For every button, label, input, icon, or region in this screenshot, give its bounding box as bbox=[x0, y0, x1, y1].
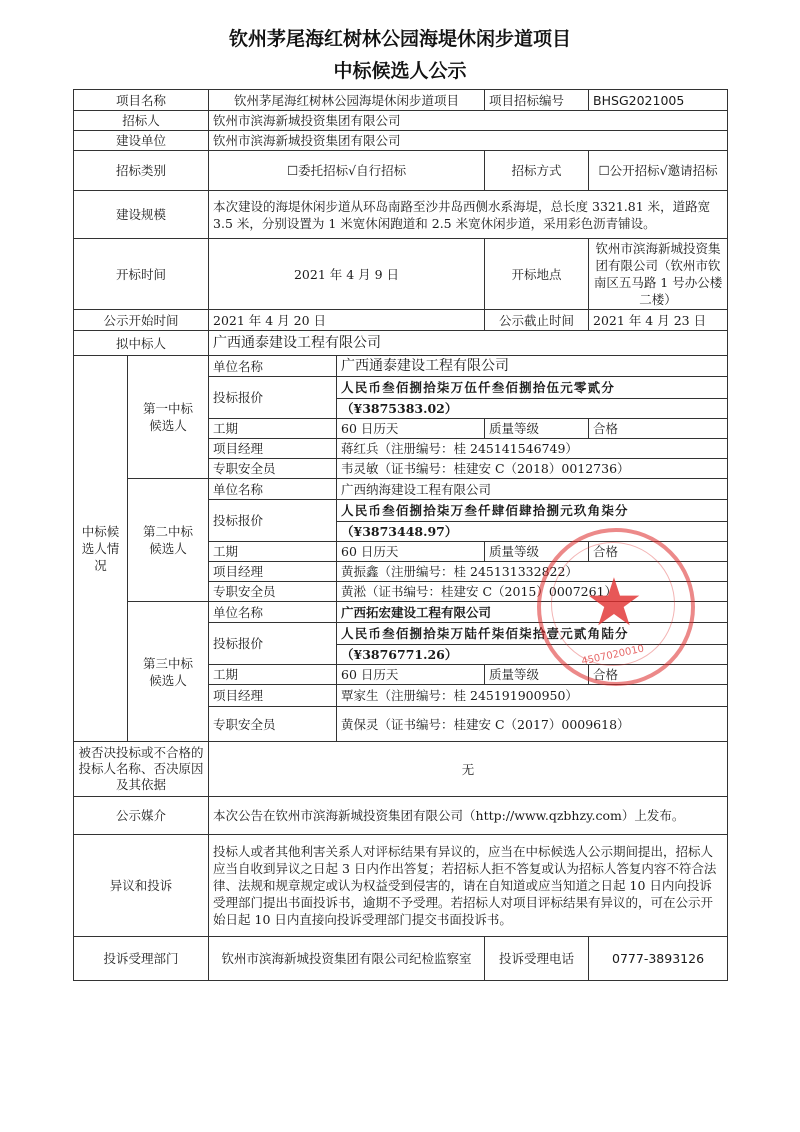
candidate-2-quality: 合格 bbox=[589, 542, 728, 562]
tenderer-value: 钦州市滨海新城投资集团有限公司 bbox=[209, 111, 728, 131]
category-label: 招标类别 bbox=[74, 151, 209, 191]
candidate-1-quality: 合格 bbox=[589, 419, 728, 439]
builder-label: 建设单位 bbox=[74, 131, 209, 151]
safety-label: 专职安全员 bbox=[209, 582, 337, 602]
candidate-3-unit-name: 广西拓宏建设工程有限公司 bbox=[337, 602, 728, 623]
project-name-label: 项目名称 bbox=[74, 90, 209, 111]
candidate-1-safety: 韦灵敏（证书编号：桂建安 C（2018）0012736） bbox=[337, 459, 728, 479]
duration-label: 工期 bbox=[209, 665, 337, 685]
objection-value: 投标人或者其他利害关系人对评标结果有异议的，应当在中标候选人公示期间提出，招标人… bbox=[209, 835, 728, 937]
duration-label: 工期 bbox=[209, 419, 337, 439]
manager-label: 项目经理 bbox=[209, 562, 337, 582]
proposed-winner-label: 拟中标人 bbox=[74, 331, 209, 356]
complaint-dept-value: 钦州市滨海新城投资集团有限公司纪检监察室 bbox=[209, 937, 485, 981]
candidate-3-unit-row: 第三中标候选人 单位名称 广西拓宏建设工程有限公司 bbox=[74, 602, 728, 623]
candidate-2-unit-name: 广西纳海建设工程有限公司 bbox=[337, 479, 728, 500]
method-label: 招标方式 bbox=[485, 151, 589, 191]
objection-label: 异议和投诉 bbox=[74, 835, 209, 937]
candidate-3-price-words: 人民币叁佰捌拾柒万陆仟柒佰柒拾壹元贰角陆分 bbox=[337, 623, 728, 645]
bid-price-label: 投标报价 bbox=[209, 377, 337, 419]
scale-value: 本次建设的海堤休闲步道从环岛南路至沙井岛西侧水系海堤，总长度 3321.81 米… bbox=[209, 191, 728, 239]
candidate-3-rank: 第三中标候选人 bbox=[128, 602, 209, 742]
row-rejected: 被否决投标或不合格的投标人名称、否决原因及其依据 无 bbox=[74, 742, 728, 797]
quality-label: 质量等级 bbox=[485, 542, 589, 562]
candidate-1-duration: 60 日历天 bbox=[337, 419, 485, 439]
candidate-2-unit-row: 第二中标候选人 单位名称 广西纳海建设工程有限公司 bbox=[74, 479, 728, 500]
duration-label: 工期 bbox=[209, 542, 337, 562]
announcement-table: 项目名称 钦州茅尾海红树林公园海堤休闲步道项目 项目招标编号 BHSG20210… bbox=[73, 89, 728, 981]
candidate-1-price-words: 人民币叁佰捌拾柒万伍仟叁佰捌拾伍元零贰分 bbox=[337, 377, 728, 399]
publicity-end-value: 2021 年 4 月 23 日 bbox=[589, 310, 728, 331]
candidates-section-label: 中标候选人情况 bbox=[74, 356, 128, 742]
safety-label: 专职安全员 bbox=[209, 459, 337, 479]
candidate-3-price-number: （¥3876771.26） bbox=[337, 645, 728, 665]
category-value: ☐委托招标√自行招标 bbox=[209, 151, 485, 191]
project-code-label: 项目招标编号 bbox=[485, 90, 589, 111]
tenderer-label: 招标人 bbox=[74, 111, 209, 131]
row-media: 公示媒介 本次公告在钦州市滨海新城投资集团有限公司（http://www.qzb… bbox=[74, 797, 728, 835]
complaint-phone-value: 0777-3893126 bbox=[589, 937, 728, 981]
publicity-end-label: 公示截止时间 bbox=[485, 310, 589, 331]
candidate-1-rank: 第一中标候选人 bbox=[128, 356, 209, 479]
row-objection: 异议和投诉 投标人或者其他利害关系人对评标结果有异议的，应当在中标候选人公示期间… bbox=[74, 835, 728, 937]
publicity-start-label: 公示开始时间 bbox=[74, 310, 209, 331]
quality-label: 质量等级 bbox=[485, 419, 589, 439]
open-time-value: 2021 年 4 月 9 日 bbox=[209, 239, 485, 310]
builder-value: 钦州市滨海新城投资集团有限公司 bbox=[209, 131, 728, 151]
candidate-2-manager: 黄振鑫（注册编号：桂 245131332822） bbox=[337, 562, 728, 582]
complaint-phone-label: 投诉受理电话 bbox=[485, 937, 589, 981]
unit-name-label: 单位名称 bbox=[209, 602, 337, 623]
method-value: ☐公开招标√邀请招标 bbox=[589, 151, 728, 191]
proposed-winner-value: 广西通泰建设工程有限公司 bbox=[209, 331, 728, 356]
unit-name-label: 单位名称 bbox=[209, 356, 337, 377]
candidate-3-duration: 60 日历天 bbox=[337, 665, 485, 685]
safety-label: 专职安全员 bbox=[209, 707, 337, 742]
scale-label: 建设规模 bbox=[74, 191, 209, 239]
media-label: 公示媒介 bbox=[74, 797, 209, 835]
project-name-value: 钦州茅尾海红树林公园海堤休闲步道项目 bbox=[209, 90, 485, 111]
candidate-1-manager: 蒋红兵（注册编号：桂 245141546749） bbox=[337, 439, 728, 459]
row-project-name: 项目名称 钦州茅尾海红树林公园海堤休闲步道项目 项目招标编号 BHSG20210… bbox=[74, 90, 728, 111]
unit-name-label: 单位名称 bbox=[209, 479, 337, 500]
row-publicity: 公示开始时间 2021 年 4 月 20 日 公示截止时间 2021 年 4 月… bbox=[74, 310, 728, 331]
row-category: 招标类别 ☐委托招标√自行招标 招标方式 ☐公开招标√邀请招标 bbox=[74, 151, 728, 191]
candidate-2-price-number: （¥3873448.97） bbox=[337, 522, 728, 542]
candidate-2-duration: 60 日历天 bbox=[337, 542, 485, 562]
candidate-3-safety: 黄保灵（证书编号：桂建安 C（2017）0009618） bbox=[337, 707, 728, 742]
candidate-2-rank: 第二中标候选人 bbox=[128, 479, 209, 602]
candidate-1-unit-row: 中标候选人情况 第一中标候选人 单位名称 广西通泰建设工程有限公司 bbox=[74, 356, 728, 377]
candidate-1-price-number: （¥3875383.02） bbox=[337, 399, 728, 419]
document-subtitle: 中标候选人公示 bbox=[0, 56, 800, 83]
row-builder: 建设单位 钦州市滨海新城投资集团有限公司 bbox=[74, 131, 728, 151]
bid-price-label: 投标报价 bbox=[209, 500, 337, 542]
open-time-label: 开标时间 bbox=[74, 239, 209, 310]
row-scale: 建设规模 本次建设的海堤休闲步道从环岛南路至沙井岛西侧水系海堤，总长度 3321… bbox=[74, 191, 728, 239]
media-value: 本次公告在钦州市滨海新城投资集团有限公司（http://www.qzbhzy.c… bbox=[209, 797, 728, 835]
row-tenderer: 招标人 钦州市滨海新城投资集团有限公司 bbox=[74, 111, 728, 131]
project-code-value: BHSG2021005 bbox=[589, 90, 728, 111]
candidate-2-safety: 黄淞（证书编号：桂建安 C（2015）0007261） bbox=[337, 582, 728, 602]
open-place-label: 开标地点 bbox=[485, 239, 589, 310]
manager-label: 项目经理 bbox=[209, 439, 337, 459]
candidate-2-price-words: 人民币叁佰捌拾柒万叁仟肆佰肆拾捌元玖角柒分 bbox=[337, 500, 728, 522]
open-place-value: 钦州市滨海新城投资集团有限公司（钦州市钦南区五马路 1 号办公楼二楼） bbox=[589, 239, 728, 310]
candidate-3-quality: 合格 bbox=[589, 665, 728, 685]
row-open-time: 开标时间 2021 年 4 月 9 日 开标地点 钦州市滨海新城投资集团有限公司… bbox=[74, 239, 728, 310]
candidate-1-unit-name: 广西通泰建设工程有限公司 bbox=[337, 356, 728, 377]
publicity-start-value: 2021 年 4 月 20 日 bbox=[209, 310, 485, 331]
row-proposed-winner: 拟中标人 广西通泰建设工程有限公司 bbox=[74, 331, 728, 356]
rejected-value: 无 bbox=[209, 742, 728, 797]
complaint-dept-label: 投诉受理部门 bbox=[74, 937, 209, 981]
manager-label: 项目经理 bbox=[209, 685, 337, 707]
candidate-3-manager: 覃家生（注册编号：桂 245191900950） bbox=[337, 685, 728, 707]
document-title: 钦州茅尾海红树林公园海堤休闲步道项目 bbox=[0, 24, 800, 51]
row-complaint: 投诉受理部门 钦州市滨海新城投资集团有限公司纪检监察室 投诉受理电话 0777-… bbox=[74, 937, 728, 981]
rejected-label: 被否决投标或不合格的投标人名称、否决原因及其依据 bbox=[74, 742, 209, 797]
bid-price-label: 投标报价 bbox=[209, 623, 337, 665]
quality-label: 质量等级 bbox=[485, 665, 589, 685]
